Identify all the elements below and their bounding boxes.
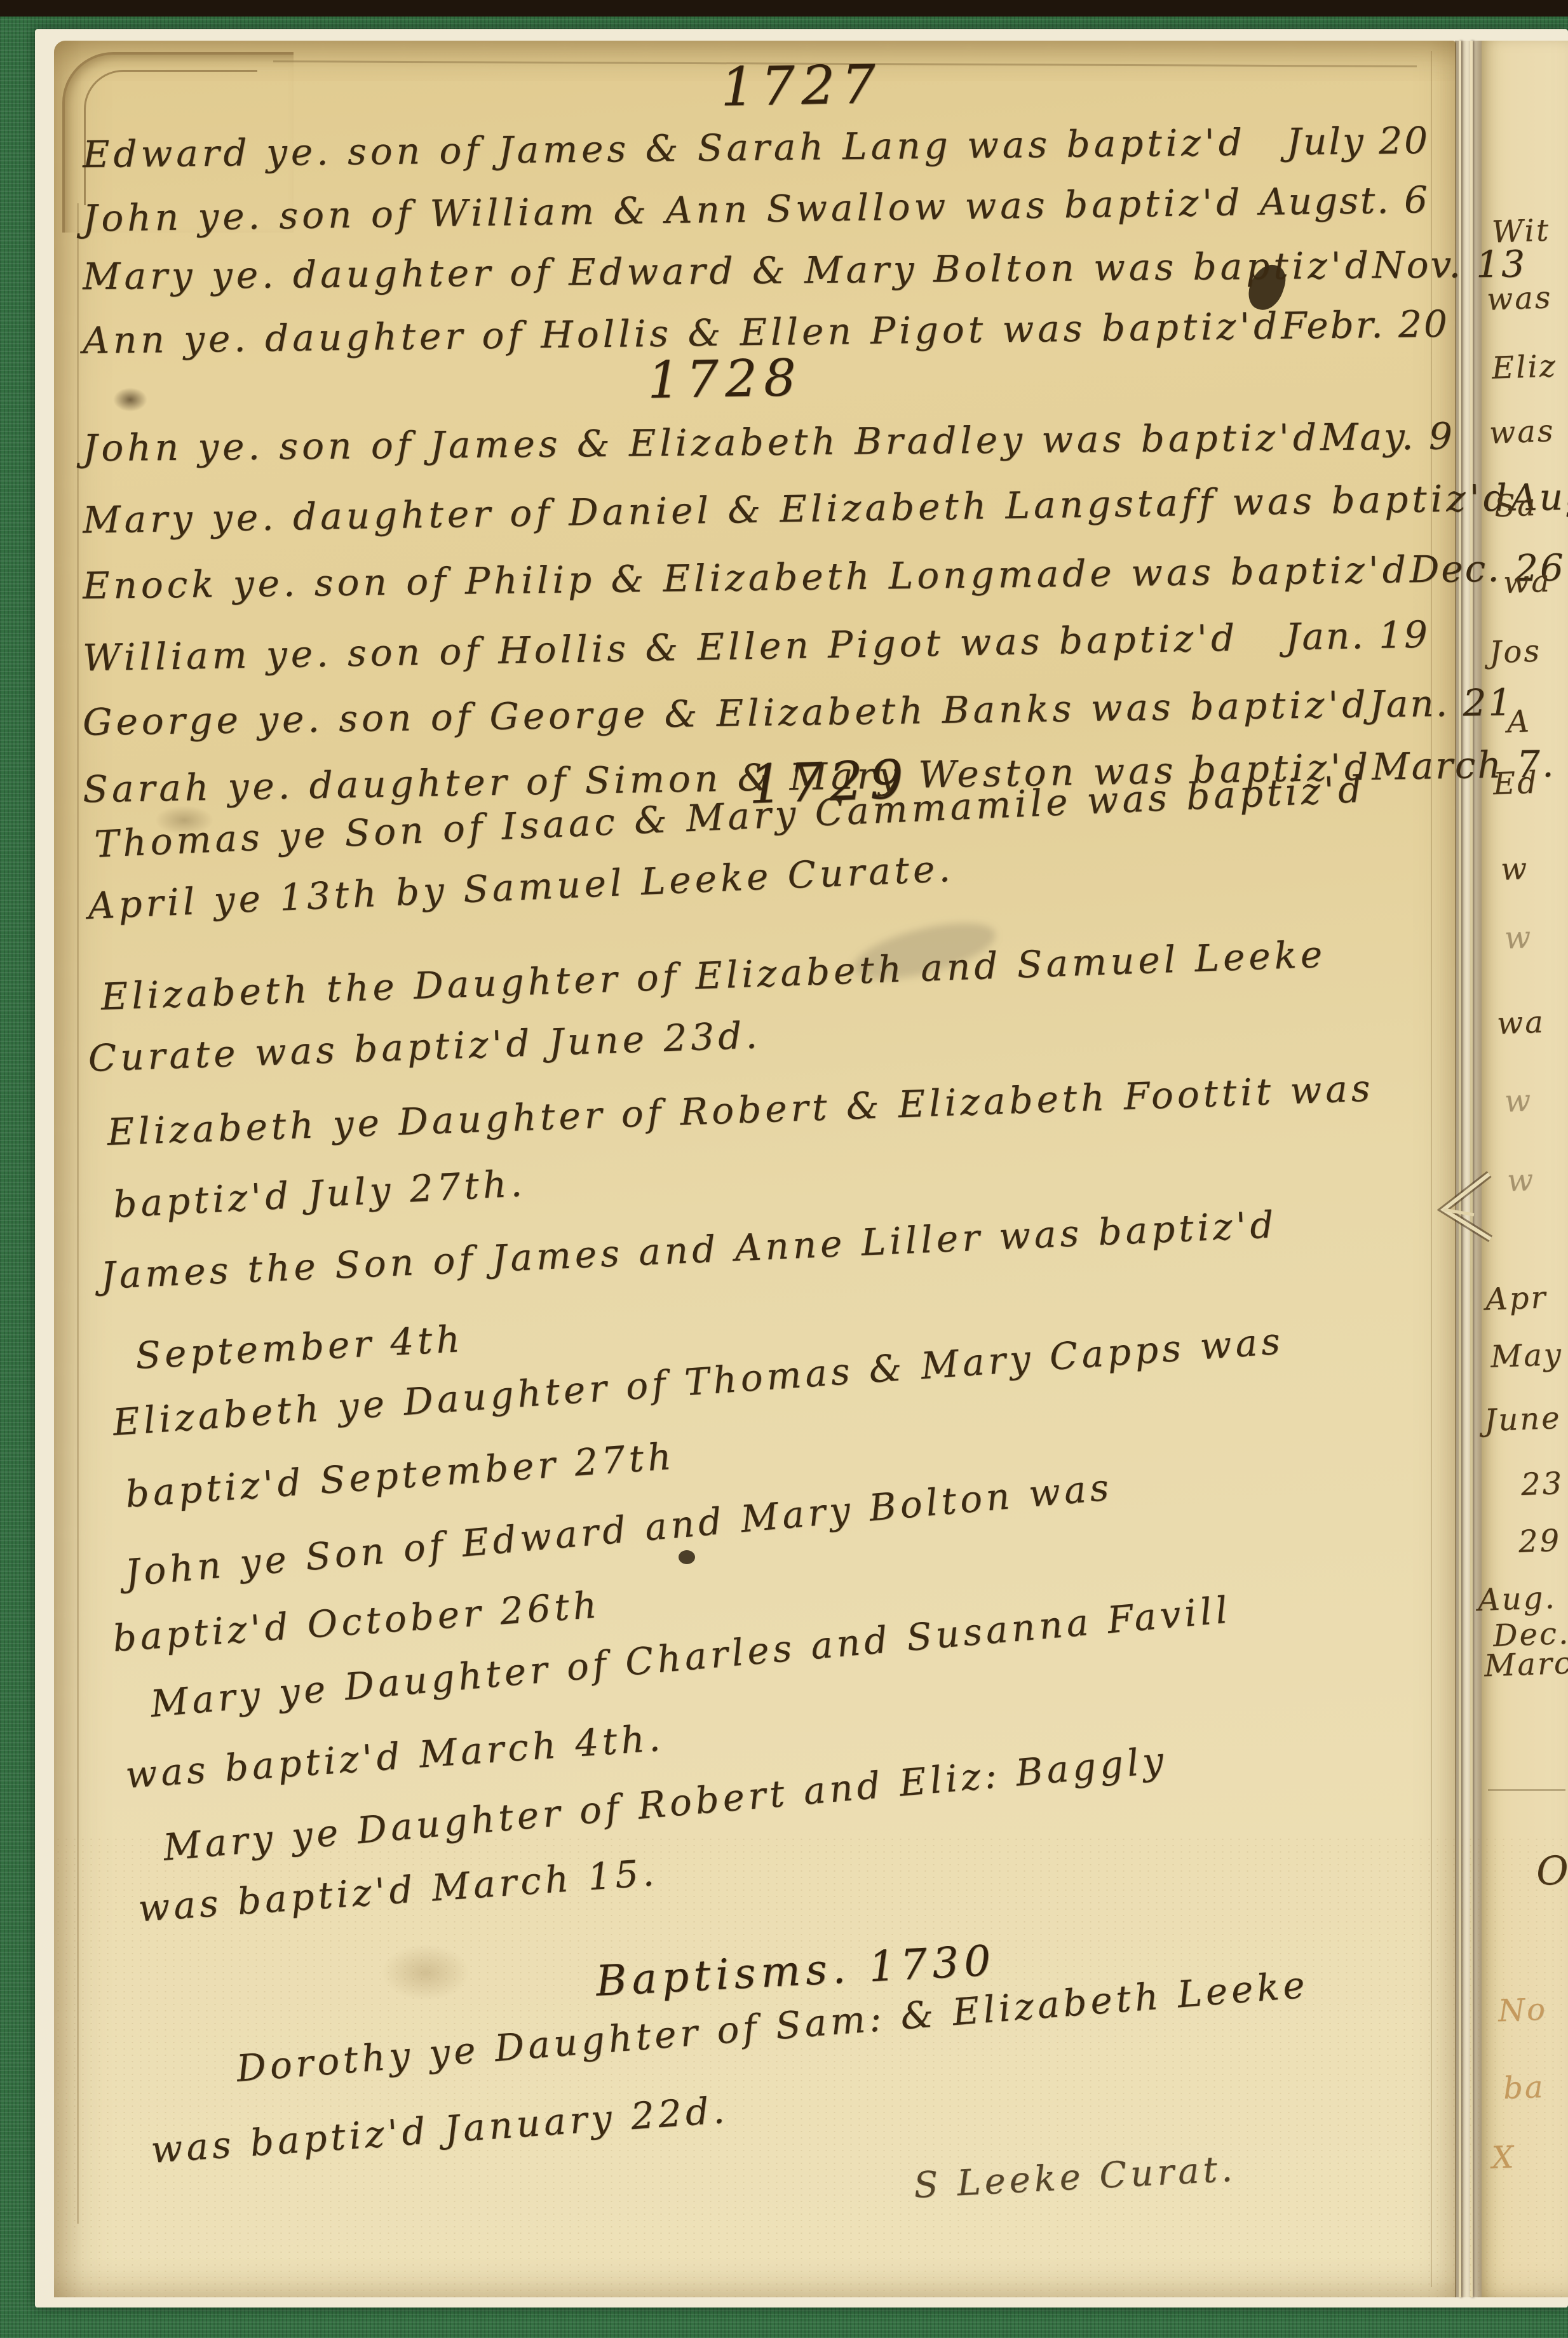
facing-page-fragment: w <box>1504 919 1533 956</box>
facing-page-fragment: was <box>1489 413 1555 451</box>
year-heading-1727: 1727 <box>720 53 882 118</box>
facing-page-fragment: Aug. 2 <box>1477 1579 1568 1618</box>
under-page-edge <box>77 203 79 2224</box>
facing-page-fragment: Ed <box>1492 765 1539 802</box>
facing-page-fragment: No <box>1497 1992 1548 2029</box>
year-heading-1728: 1728 <box>647 348 802 410</box>
facing-page-fragment: w <box>1504 1083 1533 1119</box>
facing-page-fragment: June <box>1484 1400 1562 1438</box>
entry-date: Augst. 6 <box>1259 178 1429 224</box>
facing-page-fragment: O <box>1536 1847 1568 1895</box>
entry-date: May. 9 <box>1320 414 1454 459</box>
facing-page-fragment: w <box>1506 1162 1536 1199</box>
facing-page-fragment: Marc <box>1484 1645 1568 1684</box>
facing-page-fragment: Eliz <box>1491 348 1558 386</box>
facing-page-fragment: 29 <box>1518 1523 1562 1560</box>
facing-page-fragment: Apr <box>1485 1280 1548 1317</box>
page-crease <box>1431 51 1432 2287</box>
entry-date: Jan. 19 <box>1285 613 1429 659</box>
facing-page-fragment: w <box>1500 851 1529 888</box>
cover-spine-strip <box>0 0 1568 17</box>
facing-page-fragment: wa <box>1503 564 1552 601</box>
facing-page-fragment: A <box>1506 703 1532 740</box>
binding-thread <box>1459 41 1461 2297</box>
entry-date: Febr. 20 <box>1281 302 1449 348</box>
entry-date: July 20 <box>1286 119 1429 163</box>
facing-page-rule <box>1488 1789 1565 1791</box>
facing-page-fragment: ba <box>1503 2069 1545 2106</box>
facing-page-fragment: was <box>1486 280 1553 318</box>
binding-tie <box>1437 1170 1494 1253</box>
facing-page-fragment: X <box>1491 2139 1516 2175</box>
facing-page-fragment: May <box>1490 1337 1564 1375</box>
facing-page-fragment: Wit <box>1491 212 1551 250</box>
facing-page-fragment: 23 <box>1520 1466 1564 1503</box>
facing-page-fragment: wa <box>1496 1004 1546 1042</box>
binding-thread <box>1470 41 1473 2297</box>
facing-page-fragment: Jos <box>1489 633 1542 671</box>
register-photo: 1727 Edward ye. son of James & Sarah Lan… <box>0 0 1568 2338</box>
entry-date: Jan. 21 <box>1369 680 1514 726</box>
facing-page-fragment: Sa <box>1494 487 1538 524</box>
